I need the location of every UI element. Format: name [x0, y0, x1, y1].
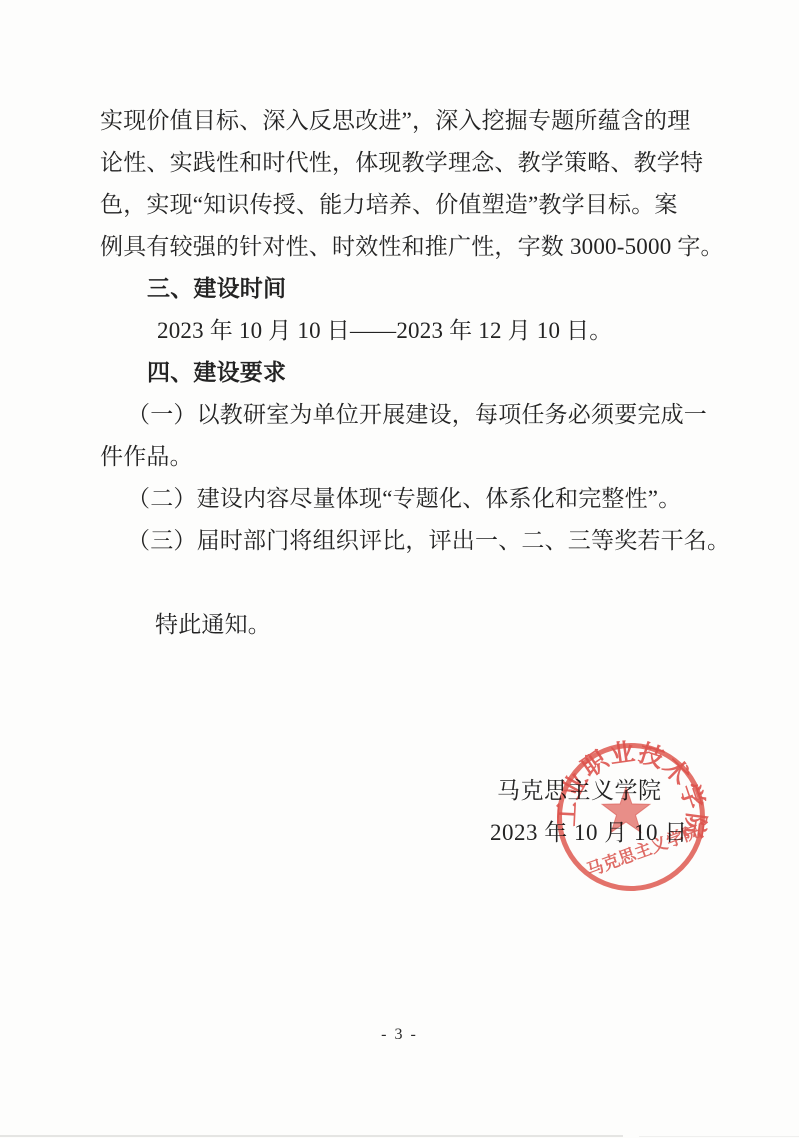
section-heading-3: 三、建设时间 — [100, 268, 704, 310]
list-item-2: （二）建设内容尽量体现“专题化、体系化和完整性”。 — [100, 478, 704, 520]
seal-star-icon — [602, 787, 650, 832]
scan-edge-artifact — [0, 1135, 623, 1137]
notice-closing-line: 特此通知。 — [100, 604, 704, 646]
body-line: 色，实现“知识传授、能力培养、价值塑造”教学目标。案 — [100, 184, 704, 226]
body-line: 例具有较强的针对性、时效性和推广性，字数 3000-5000 字。 — [100, 226, 704, 268]
seal-inner-text: 马克思主义学院 — [584, 821, 703, 881]
body-line: 论性、实践性和时代性，体现教学理念、教学策略、教学特 — [100, 142, 704, 184]
list-item-1: （一）以教研室为单位开展建设，每项任务必须要完成一 — [100, 394, 704, 436]
body-line: 实现价值目标、深入反思改进”，深入挖掘专题所蕴含的理 — [100, 100, 704, 142]
scanned-document-page: 实现价值目标、深入反思改进”，深入挖掘专题所蕴含的理 论性、实践性和时代性，体现… — [0, 0, 799, 1138]
list-item-1-continuation: 件作品。 — [100, 436, 704, 478]
scan-edge-artifact — [639, 1136, 799, 1137]
section-heading-4: 四、建设要求 — [100, 352, 704, 394]
date-range-line: 2023 年 10 月 10 日——2023 年 12 月 10 日。 — [100, 310, 704, 352]
page-number: - 3 - — [0, 1026, 799, 1044]
document-body: 实现价值目标、深入反思改进”，深入挖掘专题所蕴含的理 论性、实践性和时代性，体现… — [100, 100, 704, 646]
list-item-3: （三）届时部门将组织评比，评出一、二、三等奖若干名。 — [100, 520, 704, 562]
official-seal-stamp: 工业职业技术学院 马克思主义学院 — [546, 732, 716, 902]
